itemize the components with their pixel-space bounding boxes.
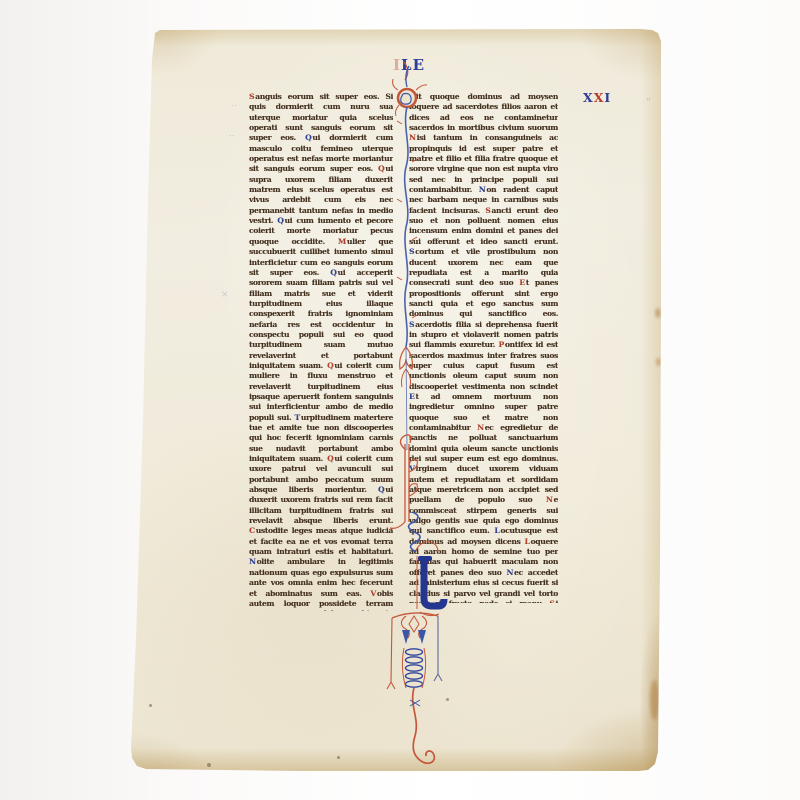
- pencil-mark: ..: [231, 100, 237, 108]
- ink-speck: [207, 763, 211, 767]
- pencil-mark: 〃: [645, 95, 653, 105]
- photo-background: Sanguis eorum sit super eos. Si quis dor…: [0, 0, 800, 800]
- text-column-left: Sanguis eorum sit super eos. Si quis dor…: [249, 92, 393, 611]
- pencil-mark: ×: [221, 290, 229, 300]
- edge-stain: [650, 680, 659, 720]
- chapter-numeral-xxi: XXI: [583, 90, 611, 105]
- edge-stain: [655, 308, 661, 318]
- manuscript-leaf: Sanguis eorum sit super eos. Si quis dor…: [0, 0, 800, 800]
- ink-speck: [446, 698, 449, 701]
- edge-stain: [656, 358, 661, 366]
- ink-speck: [149, 704, 152, 707]
- pencil-mark: ..: [229, 130, 235, 138]
- penwork-flourish-icon: [376, 52, 452, 772]
- ink-speck: [337, 756, 340, 759]
